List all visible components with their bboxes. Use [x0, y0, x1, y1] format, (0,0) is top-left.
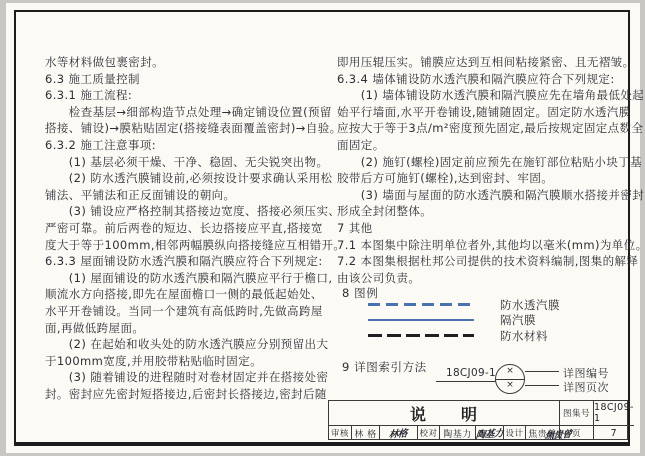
legend-item-label: 防水透汽膜 — [500, 297, 560, 313]
designer-signature: 焦贵曾 — [532, 425, 583, 443]
text-line: 7 其他 — [337, 220, 633, 237]
right-text-column: 即用压辊压实。铺膜应达到互相间粘接紧密、且无褶皱。6.3.4 墙体铺设防水透汽膜… — [337, 54, 633, 286]
reviewer-name: 林 格 — [351, 426, 379, 440]
text-line: (1) 屋面铺设的防水透汽膜和隔汽膜应平行于檐口, — [45, 270, 341, 287]
text-line: 6.3.4 墙体铺设防水透汽膜和隔汽膜应符合下列规定: — [337, 71, 633, 88]
text-line: (2) 施钉(螺栓)固定前应预先在施钉部位粘贴小块丁基 — [337, 154, 633, 171]
text-line: 6.3.2 施工注意事项: — [45, 137, 341, 154]
reviewer-signature: 林格 — [379, 426, 417, 440]
atlas-number-label: 图集号 — [559, 401, 593, 425]
legend-item-label: 隔汽膜 — [500, 312, 536, 328]
text-line: 检查基层→细部构造节点处理→确定铺设位置(预留 — [45, 104, 341, 121]
solid-line-icon — [368, 319, 474, 321]
text-line: 应按大于等于3点/m²密度预先固定,最后按规定固定点数全 — [337, 120, 633, 137]
detail-number-placeholder-mark: × — [503, 366, 517, 376]
text-line: 6.3 施工质量控制 — [45, 71, 341, 88]
text-line: 6.3.3 屋面铺设防水透汽膜和隔汽膜应符合下列规定: — [45, 253, 341, 270]
detail-page-placeholder-mark: × — [503, 380, 517, 390]
checker-signature: 陶基力 — [475, 426, 503, 440]
text-line: (3) 铺设应严格控制其搭接边宽度、搭接必须压实、 — [45, 203, 341, 220]
text-line: 于100mm宽度,并用胶带粘贴临时固定。 — [45, 353, 341, 370]
text-line: 度大于等于100mm,相邻两幅膜纵向搭接缝应互相错开。 — [45, 237, 341, 254]
text-line: 6.3.1 施工流程: — [45, 87, 341, 104]
atlas-number: 18CJ09-1 — [593, 401, 634, 425]
atlas-page: 水等材料做包裹密封。6.3 施工质量控制6.3.1 施工流程: 检查基层→细部构… — [6, 3, 640, 453]
text-line: 封。密封应先密封短搭接边,后密封长搭接边,密封后随 — [45, 386, 341, 403]
text-line: 胶带后方可施钉(螺栓),达到密封、牢固。 — [337, 170, 633, 187]
text-line: (1) 基层必须干燥、干净、稳固、无尖锐突出物。 — [45, 154, 341, 171]
legend-list: 防水透汽膜隔汽膜防水材料 — [368, 297, 628, 344]
page-number: 7 — [593, 426, 634, 440]
text-line: 7.2 本图集根据杜邦公司提供的技术资料编制,图集的解释 — [337, 253, 633, 270]
text-line: 面,再做低跨屋面。 — [45, 320, 341, 337]
scanned-document: 水等材料做包裹密封。6.3 施工质量控制6.3.1 施工流程: 检查基层→细部构… — [0, 0, 645, 456]
text-line: 水平开卷铺设。当同一个建筑有高低跨时,先做高跨屋 — [45, 303, 341, 320]
text-line: 水等材料做包裹密封。 — [45, 54, 341, 71]
text-line: 面固定。 — [337, 137, 633, 154]
text-line: (2) 在起始和收头处的防水透汽膜应分别预留出大 — [45, 336, 341, 353]
sheet-title: 说 明 — [329, 401, 559, 425]
checker-label: 校对 — [417, 426, 439, 440]
text-line: (2) 防水透汽膜铺设前,必须按设计要求确认采用松 — [45, 170, 341, 187]
text-line: 7.1 本图集中除注明单位者外,其他均以毫米(mm)为单位。 — [337, 237, 633, 254]
checker-name: 陶基力 — [439, 426, 475, 440]
detail-index-ref: 18CJ09-1 — [436, 367, 496, 382]
text-line: 铺法、平铺法和正反面铺设的朝向。 — [45, 187, 341, 204]
legend-item: 隔汽膜 — [368, 313, 628, 329]
left-text-column: 水等材料做包裹密封。6.3 施工质量控制6.3.1 施工流程: 检查基层→细部构… — [45, 54, 341, 402]
leader-line-top — [525, 371, 559, 372]
legend-item: 防水材料 — [368, 328, 628, 344]
detail-page-label: 详图页次 — [563, 379, 609, 395]
detail-index-heading: 9 详图索引方法 — [342, 360, 427, 374]
text-line: (1) 墙体铺设防水透汽膜和隔汽膜应先在墙角最低处起 — [337, 87, 633, 104]
reviewer-label: 审核 — [329, 426, 351, 440]
text-line: 顺流水方向搭接,即先在屋面檐口一侧的最低起始处、 — [45, 286, 341, 303]
text-line: 由该公司负责。 — [337, 270, 633, 287]
text-line: 严密可靠。前后两卷的短边、长边搭接应平直,搭接宽 — [45, 220, 341, 237]
legend-item-label: 防水材料 — [500, 328, 548, 344]
dashed-line-icon — [368, 334, 474, 337]
drawing-frame: 水等材料做包裹密封。6.3 施工质量控制6.3.1 施工流程: 检查基层→细部构… — [14, 10, 630, 446]
text-line: 搭接、铺设)→膜粘贴固定(搭接缝表面覆盖密封)→自验。 — [45, 120, 341, 137]
text-line: (3) 墙面与屋面的防水透汽膜和隔汽膜顺水搭接并密封, — [337, 187, 633, 204]
title-block-signature-row: 审核 林 格 林格 校对 陶基力 陶基力 设计 焦贵曾 页 7 — [329, 425, 634, 440]
title-block: 说 明 图集号 18CJ09-1 审核 林 格 林格 校对 陶基力 陶基力 — [328, 400, 628, 440]
text-line: 形成全封闭整体。 — [337, 203, 633, 220]
text-line: 即用压辊压实。铺膜应达到互相间粘接紧密、且无褶皱。 — [337, 54, 633, 71]
text-line: 始平行墙面,水平开卷铺设,随铺随固定。固定防水透汽膜 — [337, 104, 633, 121]
legend-item: 防水透汽膜 — [368, 297, 628, 313]
text-line: (3) 随着铺设的进程随时对卷材固定并在搭接处密 — [45, 369, 341, 386]
leader-line-bottom — [525, 385, 559, 386]
designer-label: 设计 — [503, 426, 525, 440]
dashed-line-icon — [368, 303, 474, 306]
